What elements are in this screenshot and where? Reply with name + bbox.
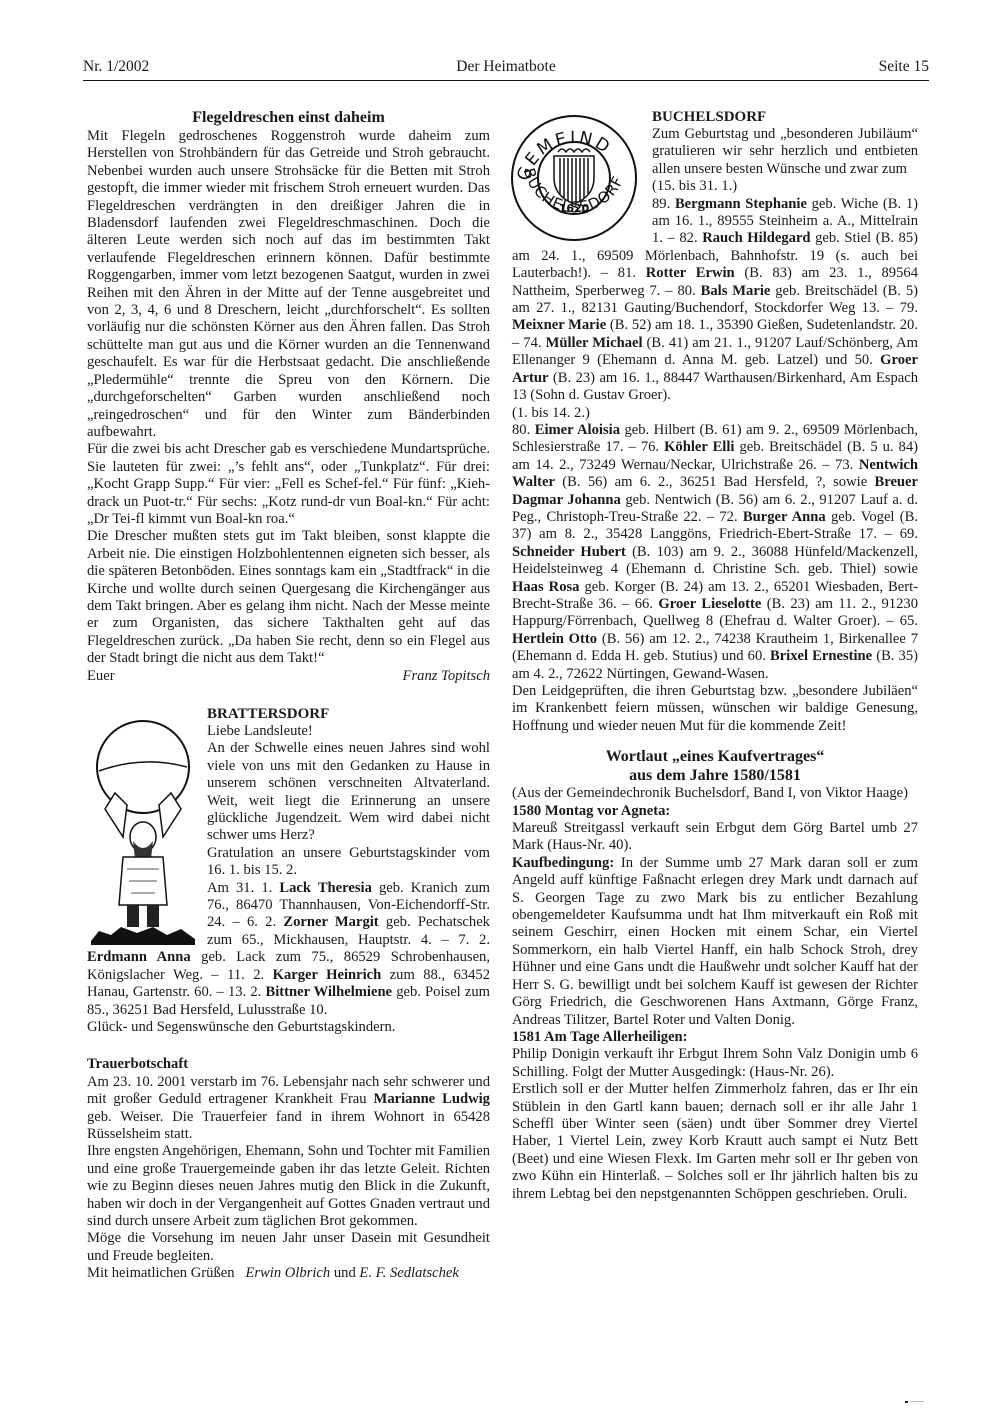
author-name: Franz Topitsch [403,668,490,685]
person-name: Bergmann Stephanie [675,196,807,212]
paragraph: Die Drescher mußten stets gut im Takt bl… [87,528,490,667]
paragraph: Für die zwei bis acht Drescher gab es ve… [87,441,490,528]
date-range: (1. bis 14. 2.) [512,405,918,422]
article-title-line2: aus dem Jahre 1580/1581 [512,766,918,785]
person-name: Hertlein Otto [512,631,597,647]
paragraph: Kaufbedingung: In der Summe umb 27 Mark … [512,855,918,1029]
article-brattersdorf: BRATTERSDORF Liebe Landsleute! An der Sc… [87,705,490,1036]
person-name: Rotter Erwin [646,265,735,281]
left-column: Flegeldreschen einst daheim Mit Flegeln … [87,108,490,1283]
label: Kaufbedingung: [512,855,614,871]
closing: Euer [87,668,115,685]
page-header: Nr. 1/2002 Der Heimatbote Seite 15 [83,58,929,81]
paragraph: Philip Donigin verkauft ihr Erbgut Ihrem… [512,1046,918,1081]
person-name: Schneider Hubert [512,544,626,560]
person-name: Burger Anna [743,509,826,525]
subheading: 1580 Montag vor Agneta: [512,803,918,820]
person-name: Karger Heinrich [273,967,382,983]
person-name: Groer Lieselotte [658,596,761,612]
right-column: 1620 GEMEIND BUCHELSSDORF BUCHELSDORF Zu… [512,108,918,1203]
scan-artifact [905,1390,927,1393]
paragraph: Am 23. 10. 2001 verstarb im 76. Lebensja… [87,1074,490,1144]
article-kaufvertrag: Wortlaut „eines Kaufvertrages“ aus dem J… [512,747,918,1203]
article-title: Flegeldreschen einst daheim [87,108,490,127]
municipal-seal-icon: 1620 GEMEIND BUCHELSSDORF [506,112,644,242]
paragraph: Möge die Vorsehung im neuen Jahr unser D… [87,1230,490,1265]
page-number: Seite 15 [879,58,929,76]
signature: Euer Franz Topitsch [87,668,490,685]
section-title: Trauerbotschaft [87,1056,490,1073]
article-trauerbotschaft: Trauerbotschaft Am 23. 10. 2001 verstarb… [87,1056,490,1282]
paragraph: Ihre engsten Angehörigen, Ehemann, Sohn … [87,1143,490,1230]
article-title-line1: Wortlaut „eines Kaufvertrages“ [512,747,918,766]
article-buchelsdorf: 1620 GEMEIND BUCHELSSDORF BUCHELSDORF Zu… [512,108,918,735]
paragraph: Erstlich soll er der Mutter helfen Zimme… [512,1081,918,1203]
person-name: Marianne Ludwig [374,1091,490,1107]
signature: Mit heimatlichen Grüßen Erwin Olbrich un… [87,1265,490,1282]
publication-title: Der Heimatbote [83,58,929,76]
person-name: Bals Marie [701,283,771,299]
wishes: Glück- und Segenswünsche den Geburtstags… [87,1019,490,1036]
person-name: Lack Theresia [279,880,372,896]
signer-name: Erwin Olbrich [245,1265,330,1281]
atlas-figure-icon [87,709,199,945]
person-name: Erdmann Anna [87,949,191,965]
subheading: 1581 Am Tage Allerheiligen: [512,1029,918,1046]
paragraph: Mit Flegeln gedroschenes Roggenstroh wur… [87,128,490,441]
paragraph: Mareuß Streitgassl verkauft sein Erbgut … [512,820,918,855]
person-name: Bittner Wilhelmiene [265,984,392,1000]
person-name: Eimer Aloisia [535,422,620,438]
person-name: Müller Michael [546,335,643,351]
birthday-list: 80. Eimer Aloisia geb. Hilbert (B. 61) a… [512,422,918,683]
source-note: (Aus der Gemeindechronik Buchelsdorf, Ba… [512,785,918,802]
person-name: Rauch Hildegard [702,230,810,246]
article-flegeldreschen: Flegeldreschen einst daheim Mit Flegeln … [87,108,490,685]
person-name: Haas Rosa [512,579,579,595]
paragraph: Den Leidgeprüften, die ihren Geburtstag … [512,683,918,735]
person-name: Brixel Ernestine [770,648,872,664]
person-name: Köhler Elli [664,439,734,455]
person-name: Meixner Marie [512,317,606,333]
signer-name: E. F. Sedlatschek [359,1265,458,1281]
person-name: Zorner Margit [283,914,378,930]
